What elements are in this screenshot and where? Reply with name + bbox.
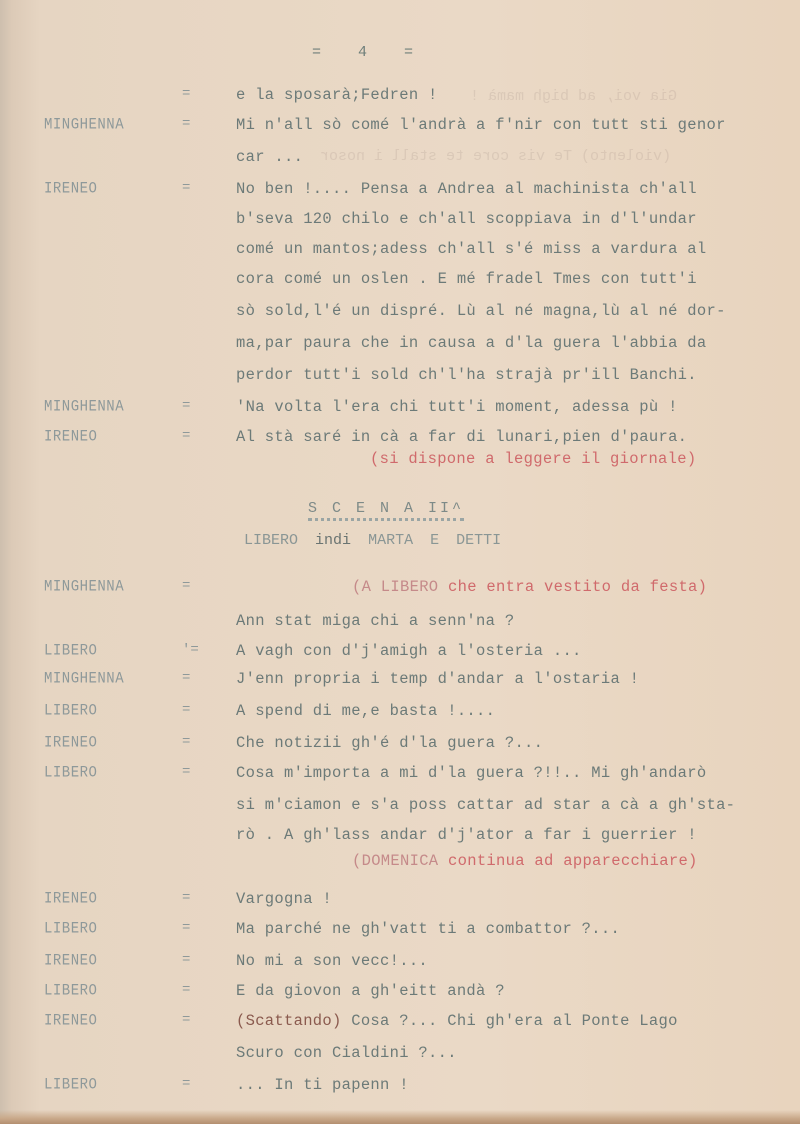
dialogue-line: MINGHENNA = 'Na volta l'era chi tutt'i m… <box>0 398 800 424</box>
speaker-name: LIBERO <box>44 642 97 660</box>
dialogue-text: 'Na volta l'era chi tutt'i moment, adess… <box>236 398 678 416</box>
separator: = <box>182 982 190 998</box>
speaker-name: LIBERO <box>44 982 97 1000</box>
speaker-name: LIBERO <box>44 1076 97 1094</box>
separator: = <box>182 952 190 968</box>
dialogue-line: cora comé un oslen . E mé fradel Tmes co… <box>0 270 800 296</box>
dialogue-line: Scuro con Cialdini ?... <box>0 1044 800 1070</box>
dialogue-line: IRENEO = No ben !.... Pensa a Andrea al … <box>0 180 800 206</box>
dialogue-text: Al stà saré in cà a far di lunari,pien d… <box>236 428 687 446</box>
separator: '= <box>182 642 199 658</box>
dialogue-text: Ann stat miga chi a senn'na ? <box>236 612 514 630</box>
speaker-name: IRENEO <box>44 428 97 446</box>
dialogue-text: perdor tutt'i sold ch'l'ha strajà pr'ill… <box>236 366 697 384</box>
dialogue-line: si m'ciamon e s'a poss cattar ad star a … <box>0 796 800 822</box>
separator: = <box>182 702 190 718</box>
dialogue-text: Vargogna ! <box>236 890 332 908</box>
dialogue-line: MINGHENNA = J'enn propria i temp d'andar… <box>0 670 800 696</box>
separator: = <box>182 1076 190 1092</box>
stage-direction-text: (si dispone a leggere il giornale) <box>370 450 696 468</box>
separator: = <box>182 578 190 594</box>
dialogue-line: LIBERO = Ma parché ne gh'vatt ti a comba… <box>0 920 800 946</box>
speaker-name: MINGHENNA <box>44 578 124 596</box>
stage-character-name: (A LIBERO <box>352 578 438 596</box>
separator: = <box>182 890 190 906</box>
dialogue-line: LIBERO = ... In ti papenn ! <box>0 1076 800 1102</box>
speaker-name: LIBERO <box>44 764 97 782</box>
dialogue-line: ma,par paura che in causa a d'la guera l… <box>0 334 800 360</box>
dialogue-text: comé un mantos;adess ch'all s'é miss a v… <box>236 240 706 258</box>
dialogue-text: A spend di me,e basta !.... <box>236 702 495 720</box>
stage-direction-text: (Scattando) <box>236 1012 342 1030</box>
speaker-name: IRENEO <box>44 952 97 970</box>
dialogue-line: perdor tutt'i sold ch'l'ha strajà pr'ill… <box>0 366 800 392</box>
dialogue-text: e la sposarà;Fedren ! <box>236 86 438 104</box>
stage-character-name: (DOMENICA <box>352 852 438 870</box>
speaker-name: MINGHENNA <box>44 398 124 416</box>
speaker-name: MINGHENNA <box>44 670 124 688</box>
scene-characters: LIBERO indi MARTA E DETTI <box>244 532 501 549</box>
dialogue-text: Scuro con Cialdini ?... <box>236 1044 457 1062</box>
dialogue-line: sò sold,l'é un dispré. Lù al né magna,lù… <box>0 302 800 328</box>
dialogue-text: A vagh con d'j'amigh a l'osteria ... <box>236 642 582 660</box>
speaker-name: LIBERO <box>44 702 97 720</box>
stage-direction-text: che entra vestito da festa) <box>438 578 707 596</box>
separator: = <box>182 670 190 686</box>
page-number: = 4 = <box>312 44 427 61</box>
speaker-name: IRENEO <box>44 1012 97 1030</box>
dialogue-text: car ... <box>236 148 303 166</box>
dialogue-line: LIBERO = Cosa m'importa a mi d'la guera … <box>0 764 800 790</box>
dialogue-text: ma,par paura che in causa a d'la guera l… <box>236 334 706 352</box>
separator: = <box>182 116 190 132</box>
separator: = <box>182 764 190 780</box>
dialogue-text: No mi a son vecc!... <box>236 952 428 970</box>
scene-title: S C E N A II^ <box>308 500 464 521</box>
dialogue-text: Cosa m'importa a mi d'la guera ?!!.. Mi … <box>236 764 706 782</box>
typewritten-page: Gia voi, ad bigh mamà ! (violento) Te vi… <box>0 0 800 1124</box>
dialogue-line: IRENEO = Che notizii gh'é d'la guera ?..… <box>0 734 800 760</box>
dialogue-line: b'seva 120 chilo e ch'all scoppiava in d… <box>0 210 800 236</box>
stage-direction: (A LIBERO che entra vestito da festa) <box>352 578 707 596</box>
speaker-name: IRENEO <box>44 734 97 752</box>
separator: = <box>182 734 190 750</box>
speaker-name: IRENEO <box>44 890 97 908</box>
scene-character-others: MARTA E DETTI <box>368 532 501 549</box>
separator: = <box>182 428 190 444</box>
dialogue-text: cora comé un oslen . E mé fradel Tmes co… <box>236 270 697 288</box>
dialogue-line: MINGHENNA = (A LIBERO che entra vestito … <box>0 578 800 604</box>
dialogue-text: si m'ciamon e s'a poss cattar ad star a … <box>236 796 735 814</box>
dialogue-line: LIBERO = A spend di me,e basta !.... <box>0 702 800 728</box>
stage-direction: (DOMENICA continua ad apparecchiare) <box>352 852 698 870</box>
dialogue-line: IRENEO = No mi a son vecc!... <box>0 952 800 978</box>
dialogue-line: = e la sposarà;Fedren ! <box>0 86 800 112</box>
speaker-name: MINGHENNA <box>44 116 124 134</box>
separator: = <box>182 180 190 196</box>
speaker-name: LIBERO <box>44 920 97 938</box>
dialogue-line: LIBERO = E da giovon a gh'eitt andà ? <box>0 982 800 1008</box>
stage-direction: (DOMENICA continua ad apparecchiare) <box>0 852 800 878</box>
dialogue-line: MINGHENNA = Mi n'all sò comé l'andrà a f… <box>0 116 800 142</box>
dialogue-text: Che notizii gh'é d'la guera ?... <box>236 734 543 752</box>
dialogue-text: J'enn propria i temp d'andar a l'ostaria… <box>236 670 639 688</box>
dialogue-line: comé un mantos;adess ch'all s'é miss a v… <box>0 240 800 266</box>
dialogue-text-part: Cosa ?... Chi gh'era al Ponte Lago <box>342 1012 678 1030</box>
dialogue-line: car ... <box>0 148 800 174</box>
dialogue-text: (Scattando) Cosa ?... Chi gh'era al Pont… <box>236 1012 678 1030</box>
dialogue-line: LIBERO '= A vagh con d'j'amigh a l'oster… <box>0 642 800 668</box>
dialogue-line: rò . A gh'lass andar d'j'ator a far i gu… <box>0 826 800 852</box>
dialogue-text: Ma parché ne gh'vatt ti a combattor ?... <box>236 920 620 938</box>
dialogue-line: IRENEO = Vargogna ! <box>0 890 800 916</box>
separator: = <box>182 398 190 414</box>
dialogue-text: rò . A gh'lass andar d'j'ator a far i gu… <box>236 826 697 844</box>
stage-direction-text: continua ad apparecchiare) <box>438 852 697 870</box>
dialogue-text: Mi n'all sò comé l'andrà a f'nir con tut… <box>236 116 726 134</box>
dialogue-line: IRENEO = (Scattando) Cosa ?... Chi gh'er… <box>0 1012 800 1038</box>
separator: = <box>182 920 190 936</box>
dialogue-text: ... In ti papenn ! <box>236 1076 409 1094</box>
speaker-name: IRENEO <box>44 180 97 198</box>
dialogue-text: b'seva 120 chilo e ch'all scoppiava in d… <box>236 210 697 228</box>
separator: = <box>182 1012 190 1028</box>
stage-direction: (si dispone a leggere il giornale) <box>0 450 800 476</box>
dialogue-text: No ben !.... Pensa a Andrea al machinist… <box>236 180 697 198</box>
scene-indi: indi <box>315 532 351 549</box>
dialogue-text: E da giovon a gh'eitt andà ? <box>236 982 505 1000</box>
dialogue-line: Ann stat miga chi a senn'na ? <box>0 612 800 638</box>
separator: = <box>182 86 190 102</box>
dialogue-text: sò sold,l'é un dispré. Lù al né magna,lù… <box>236 302 726 320</box>
scene-character-libero: LIBERO <box>244 532 298 549</box>
